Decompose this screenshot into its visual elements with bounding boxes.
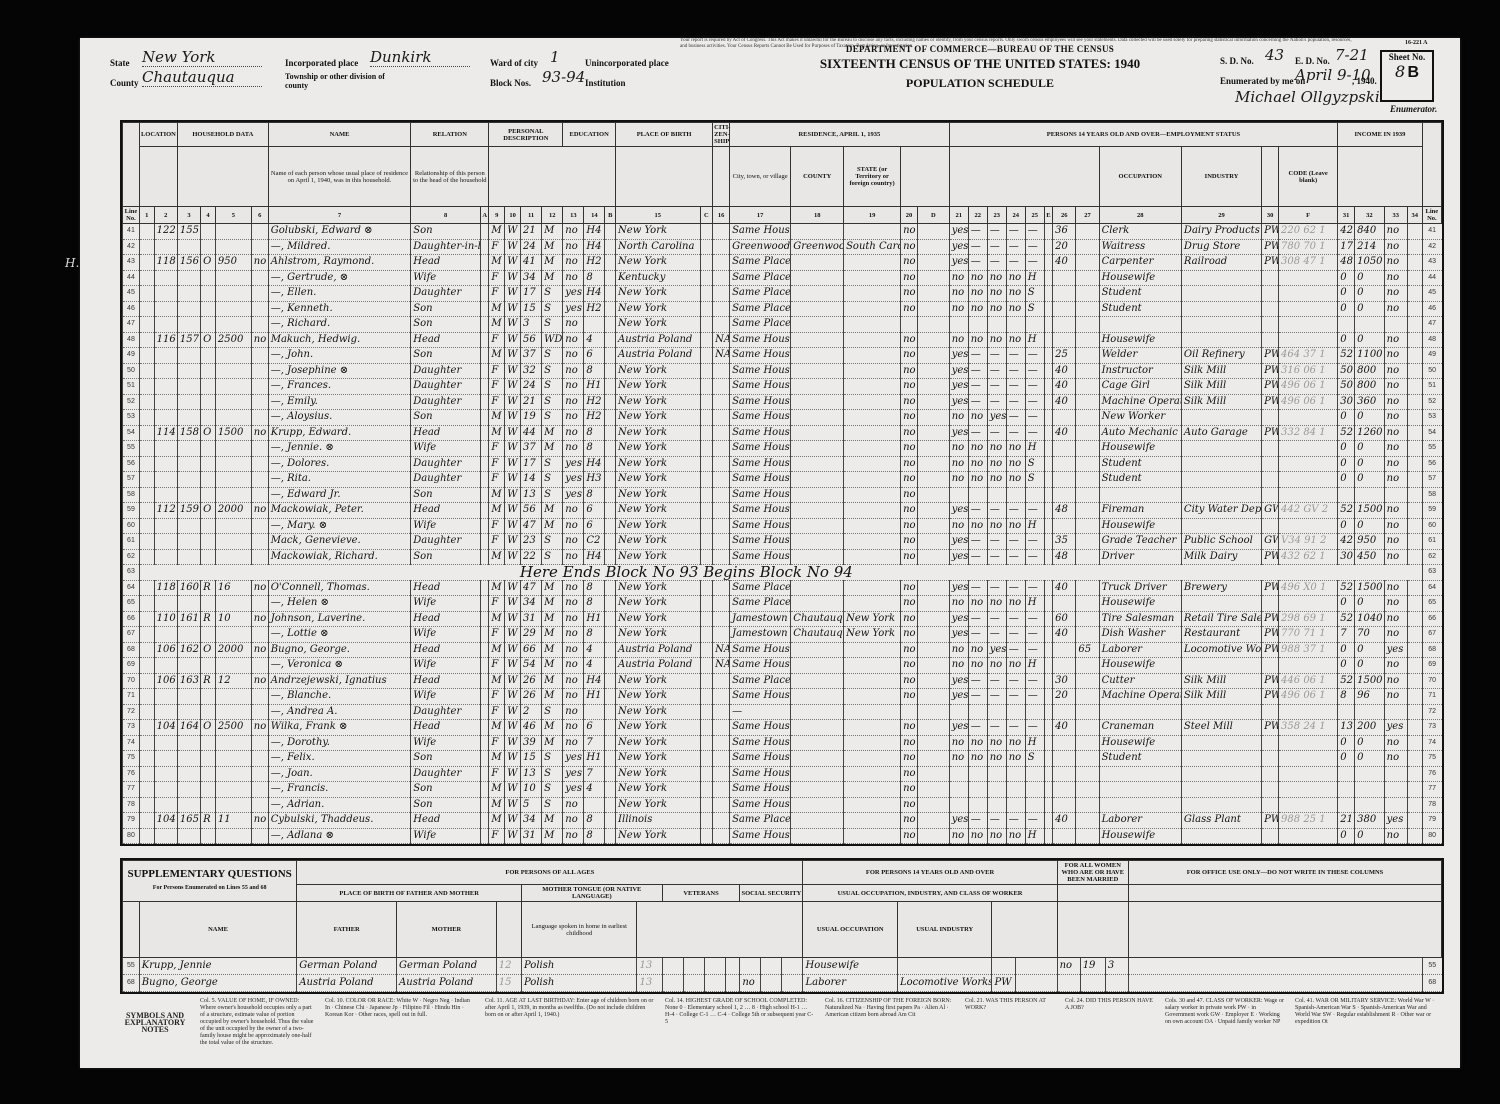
cell-farm35	[901, 704, 918, 720]
cell-value	[215, 394, 251, 410]
cell-house	[154, 394, 177, 410]
cell-farm	[251, 782, 268, 798]
cell-sex: M	[489, 255, 505, 271]
table-row: 72—, Andrea A.DaughterFW2SnoNew York—72	[123, 704, 1442, 720]
cell-w21: yes	[949, 534, 968, 550]
cell-w21	[949, 487, 968, 503]
cell-sch: no	[563, 673, 584, 689]
cell-birth: New York	[616, 410, 700, 426]
line-number: 51	[1422, 379, 1441, 395]
cell-name: —, Kenneth.	[268, 301, 411, 317]
cell-farm-sched	[1407, 332, 1422, 348]
cell-name: O'Connell, Thomas.	[268, 580, 411, 596]
cell-occ	[1099, 782, 1181, 798]
cell-code	[1279, 735, 1338, 751]
supp-cell-jcode	[1015, 958, 1057, 975]
cell-relcode	[480, 239, 488, 255]
cell-codeE	[1044, 472, 1052, 488]
cell-value	[215, 658, 251, 674]
cell-name: —, Rita.	[268, 472, 411, 488]
cell-age: 13	[521, 766, 542, 782]
line-number: 43	[123, 255, 140, 271]
cell-wages: 0	[1355, 518, 1385, 534]
line-number: 60	[123, 518, 140, 534]
cell-sch: no	[563, 348, 584, 364]
cell-farm: no	[251, 255, 268, 271]
cell-name: Johnson, Laverine.	[268, 611, 411, 627]
ed-value: 7-21	[1335, 46, 1369, 64]
cell-birthC	[700, 441, 713, 457]
line-number: 56	[123, 456, 140, 472]
cell-mar: M	[542, 596, 563, 612]
cell-unemp	[1076, 487, 1099, 503]
cell-birth: New York	[616, 751, 700, 767]
incorporated-label: Incorporated place	[285, 58, 358, 68]
cell-own	[201, 270, 216, 286]
cell-farm	[251, 828, 268, 844]
cell-w22: —	[968, 549, 987, 565]
cell-sch: no	[563, 627, 584, 643]
cell-codeE	[1044, 813, 1052, 829]
supp-cell-mother: Austria Poland	[397, 975, 497, 992]
cell-street	[139, 720, 154, 736]
cell-farm35: no	[901, 503, 918, 519]
cell-birth: Austria Poland	[616, 348, 700, 364]
cell-hh	[177, 441, 200, 457]
column-number: 32	[1355, 207, 1385, 224]
line-number: 79	[1422, 813, 1441, 829]
cell-code	[1279, 472, 1338, 488]
cell-code: 358 24 1	[1279, 720, 1338, 736]
cell-cls: PW	[1262, 379, 1279, 395]
cell-code	[1279, 704, 1338, 720]
cell-eduC	[605, 239, 616, 255]
cell-w24: —	[1006, 379, 1025, 395]
cell-name: —, Adlana ⊗	[268, 828, 411, 844]
supp-col-language: Language spoken in home in earliest chil…	[521, 902, 637, 958]
cell-res-county	[791, 518, 844, 534]
cell-value	[215, 456, 251, 472]
cell-hh	[177, 487, 200, 503]
cell-street	[139, 828, 154, 844]
cell-name: —, Aloysius.	[268, 410, 411, 426]
cell-name: —, Joan.	[268, 766, 411, 782]
cell-unemp	[1076, 224, 1099, 240]
code-header: CODE (Leave blank)	[1279, 147, 1338, 207]
cell-house: 104	[154, 813, 177, 829]
cell-age: 34	[521, 596, 542, 612]
cell-w21	[949, 766, 968, 782]
cell-res-city: Same Place	[730, 301, 791, 317]
line-number: 56	[1422, 456, 1441, 472]
cell-cls: PW	[1262, 642, 1279, 658]
cell-hrs	[1053, 286, 1076, 302]
cell-farm35: no	[901, 425, 918, 441]
column-number: E	[1044, 207, 1052, 224]
cell-w22: no	[968, 828, 987, 844]
line-number: 48	[123, 332, 140, 348]
cell-farm	[251, 317, 268, 333]
cell-w25	[1025, 704, 1044, 720]
cell-sch: no	[563, 704, 584, 720]
cell-res-state	[844, 394, 901, 410]
cell-value	[215, 301, 251, 317]
cell-rel: Son	[411, 224, 481, 240]
cell-farm: no	[251, 580, 268, 596]
cell-value	[215, 410, 251, 426]
cell-cls	[1262, 301, 1279, 317]
column-number: 6	[251, 207, 268, 224]
cell-street	[139, 363, 154, 379]
cell-hrs	[1053, 782, 1076, 798]
column-number: D	[917, 207, 949, 224]
line-number: 47	[123, 317, 140, 333]
column-number: 18	[791, 207, 844, 224]
cell-w25: H	[1025, 270, 1044, 286]
cell-age: 2	[521, 704, 542, 720]
supp-women: FOR ALL WOMEN WHO ARE OR HAVE BEEN MARRI…	[1057, 861, 1128, 885]
cell-w22: —	[968, 363, 987, 379]
cell-farm	[251, 456, 268, 472]
table-row: 60—, Mary. ⊗WifeFW47Mno6New YorkSame Hou…	[123, 518, 1442, 534]
cell-w23: no	[987, 270, 1006, 286]
cell-w21: no	[949, 751, 968, 767]
cell-codeE	[1044, 394, 1052, 410]
cell-codeE	[1044, 301, 1052, 317]
cell-w21: no	[949, 596, 968, 612]
cell-res-county	[791, 286, 844, 302]
cell-farm-sched	[1407, 735, 1422, 751]
cell-w23: yes	[987, 410, 1006, 426]
cell-grade: 8	[584, 270, 605, 286]
cell-res-state	[844, 487, 901, 503]
cell-other	[1384, 317, 1407, 333]
cell-eduC	[605, 224, 616, 240]
column-number: 22	[968, 207, 987, 224]
note-military: Col. 41. WAR OR MILITARY SERVICE: World …	[1295, 998, 1435, 1026]
supp-cell-ss44	[782, 975, 803, 992]
cell-w23: no	[987, 518, 1006, 534]
cell-ind: Locomotive Works	[1181, 642, 1261, 658]
line-number: 65	[123, 596, 140, 612]
cell-value: 16	[215, 580, 251, 596]
line-number: 68	[123, 975, 140, 992]
cell-w21: yes	[949, 348, 968, 364]
cell-weeks: 0	[1338, 828, 1355, 844]
column-number: 7	[268, 207, 411, 224]
cell-w21: no	[949, 286, 968, 302]
cell-mar: S	[542, 472, 563, 488]
cell-value	[215, 596, 251, 612]
cell-name: —, Francis.	[268, 782, 411, 798]
county-value: Chautauqua	[142, 68, 262, 87]
cell-farm: no	[251, 611, 268, 627]
cell-farm35: no	[901, 518, 918, 534]
cell-res-city: Same House	[730, 534, 791, 550]
cell-birth: Illinois	[616, 813, 700, 829]
cell-w21: no	[949, 828, 968, 844]
cell-race: W	[505, 751, 521, 767]
cell-cls	[1262, 751, 1279, 767]
cell-resD	[917, 456, 949, 472]
cell-codeE	[1044, 270, 1052, 286]
cell-sex: F	[489, 379, 505, 395]
cell-unemp	[1076, 317, 1099, 333]
cell-farm35: no	[901, 534, 918, 550]
cell-grade: 8	[584, 425, 605, 441]
schedule-title: POPULATION SCHEDULE	[770, 76, 1190, 91]
line-number: 52	[123, 394, 140, 410]
cell-resD	[917, 472, 949, 488]
cell-grade: H1	[584, 379, 605, 395]
cell-rel: Daughter	[411, 363, 481, 379]
cell-cit	[713, 751, 730, 767]
cell-sex: M	[489, 425, 505, 441]
table-row: 69—, Veronica ⊗WifeFW54Mno4Austria Polan…	[123, 658, 1442, 674]
cell-cit	[713, 425, 730, 441]
supplementary-row: 55Krupp, JennieGerman PolandGerman Polan…	[123, 958, 1442, 975]
cell-weeks	[1338, 704, 1355, 720]
cell-grade: H4	[584, 286, 605, 302]
cell-eduC	[605, 813, 616, 829]
cell-relcode	[480, 394, 488, 410]
cell-occ: Craneman	[1099, 720, 1181, 736]
cell-relcode	[480, 673, 488, 689]
cell-cls	[1262, 518, 1279, 534]
cell-hrs	[1053, 518, 1076, 534]
line-number: 67	[1422, 627, 1441, 643]
cell-mar: M	[542, 658, 563, 674]
supp-col-mother: MOTHER	[397, 902, 497, 958]
line-number: 54	[123, 425, 140, 441]
cell-value	[215, 472, 251, 488]
cell-farm35: no	[901, 813, 918, 829]
cell-street	[139, 286, 154, 302]
group-education: EDUCATION	[563, 123, 616, 147]
cell-cls	[1262, 782, 1279, 798]
cell-ind	[1181, 472, 1261, 488]
cell-wages: 1260	[1355, 425, 1385, 441]
cell-farm35: no	[901, 689, 918, 705]
cell-hh	[177, 410, 200, 426]
cell-cls: PW	[1262, 363, 1279, 379]
line-number: 63	[123, 565, 140, 581]
cell-farm-sched	[1407, 255, 1422, 271]
cell-value	[215, 735, 251, 751]
cell-weeks: 52	[1338, 425, 1355, 441]
cell-res-city: Same House	[730, 658, 791, 674]
cell-race: W	[505, 286, 521, 302]
cell-res-state: South Carolina	[844, 239, 901, 255]
cell-w23: —	[987, 224, 1006, 240]
line-number: 65	[1422, 596, 1441, 612]
cell-codeE	[1044, 766, 1052, 782]
cell-relcode	[480, 410, 488, 426]
cell-codeE	[1044, 720, 1052, 736]
column-number: 9	[489, 207, 505, 224]
cell-resD	[917, 828, 949, 844]
cell-res-county	[791, 410, 844, 426]
cell-name: —, Adrian.	[268, 797, 411, 813]
cell-farm	[251, 689, 268, 705]
cell-sex: M	[489, 580, 505, 596]
sd-label: S. D. No.	[1220, 56, 1254, 66]
cell-farm	[251, 751, 268, 767]
cell-own	[201, 487, 216, 503]
cell-w24: no	[1006, 735, 1025, 751]
line-number: 59	[1422, 503, 1441, 519]
cell-relcode	[480, 518, 488, 534]
cell-farm35: no	[901, 456, 918, 472]
line-number: 80	[123, 828, 140, 844]
supp-col-name: NAME	[139, 902, 297, 958]
cell-occ: Student	[1099, 286, 1181, 302]
cell-w24: —	[1006, 549, 1025, 565]
cell-sch: no	[563, 518, 584, 534]
cell-eduC	[605, 332, 616, 348]
cell-mar: S	[542, 797, 563, 813]
table-row: 62Mackowiak, Richard.SonMW22SnoH4New Yor…	[123, 549, 1442, 565]
line-number: 54	[1422, 425, 1441, 441]
cell-codeE	[1044, 673, 1052, 689]
supp-cell-children	[1105, 975, 1128, 992]
cell-hrs: 40	[1053, 627, 1076, 643]
cell-occ: Cage Girl	[1099, 379, 1181, 395]
cell-other: no	[1384, 627, 1407, 643]
cell-res-county	[791, 487, 844, 503]
table-row: 68106162O2000noBugno, George.HeadMW66Mno…	[123, 642, 1442, 658]
cell-weeks: 50	[1338, 363, 1355, 379]
cell-farm-sched	[1407, 472, 1422, 488]
cell-cls: PW	[1262, 394, 1279, 410]
cell-w24: no	[1006, 301, 1025, 317]
cell-w23: —	[987, 720, 1006, 736]
cell-cit	[713, 689, 730, 705]
cell-w25: S	[1025, 472, 1044, 488]
cell-code	[1279, 456, 1338, 472]
cell-age: 56	[521, 332, 542, 348]
cell-w25: —	[1025, 255, 1044, 271]
cell-w25: —	[1025, 549, 1044, 565]
cell-unemp	[1076, 596, 1099, 612]
cell-race: W	[505, 487, 521, 503]
cell-w25: H	[1025, 441, 1044, 457]
group-household: HOUSEHOLD DATA	[177, 123, 268, 147]
cell-age: 34	[521, 813, 542, 829]
cell-birth: New York	[616, 735, 700, 751]
cell-farm	[251, 534, 268, 550]
incorporated-value: Dunkirk	[370, 48, 470, 67]
table-row: 43118156O950noAhlstrom, Raymond.HeadMW41…	[123, 255, 1442, 271]
cell-ind	[1181, 735, 1261, 751]
cell-cls	[1262, 332, 1279, 348]
cell-hh	[177, 363, 200, 379]
cell-other: no	[1384, 410, 1407, 426]
cell-cls: PW	[1262, 239, 1279, 255]
cell-farm	[251, 487, 268, 503]
cell-codeE	[1044, 782, 1052, 798]
cell-birthC	[700, 534, 713, 550]
cell-birth: New York	[616, 828, 700, 844]
cell-other: no	[1384, 286, 1407, 302]
line-number: 72	[1422, 704, 1441, 720]
cell-street	[139, 797, 154, 813]
cell-cit	[713, 255, 730, 271]
cell-rel: Wife	[411, 828, 481, 844]
cell-unemp	[1076, 689, 1099, 705]
cell-house: 106	[154, 642, 177, 658]
cell-age: 56	[521, 503, 542, 519]
cell-grade	[584, 704, 605, 720]
cell-sex: F	[489, 828, 505, 844]
cell-birth: New York	[616, 704, 700, 720]
table-row: 59112159O2000noMackowiak, Peter.HeadMW56…	[123, 503, 1442, 519]
cell-relcode	[480, 704, 488, 720]
cell-hh	[177, 270, 200, 286]
cell-unemp	[1076, 673, 1099, 689]
cell-rel: Head	[411, 642, 481, 658]
state-value: New York	[142, 48, 262, 67]
cell-weeks: 17	[1338, 239, 1355, 255]
cell-weeks: 52	[1338, 348, 1355, 364]
cell-code: 464 37 1	[1279, 348, 1338, 364]
cell-weeks	[1338, 782, 1355, 798]
line-number: 69	[123, 658, 140, 674]
cell-street	[139, 689, 154, 705]
cell-relcode	[480, 441, 488, 457]
cell-occ: Student	[1099, 301, 1181, 317]
cell-code: 332 84 1	[1279, 425, 1338, 441]
cell-other: no	[1384, 658, 1407, 674]
cell-code: 496 06 1	[1279, 379, 1338, 395]
group-name: NAME	[268, 123, 411, 147]
cell-farm-sched	[1407, 503, 1422, 519]
cell-w25: —	[1025, 611, 1044, 627]
cell-codeE	[1044, 627, 1052, 643]
line-number: 57	[123, 472, 140, 488]
cell-age: 26	[521, 689, 542, 705]
cell-name: —, Mary. ⊗	[268, 518, 411, 534]
block-label: Block Nos.	[490, 78, 531, 88]
cell-own	[201, 751, 216, 767]
cell-sex: M	[489, 751, 505, 767]
cell-farm-sched	[1407, 813, 1422, 829]
cell-value	[215, 518, 251, 534]
cell-w25	[1025, 766, 1044, 782]
cell-own: O	[201, 255, 216, 271]
cell-sex: M	[489, 410, 505, 426]
cell-w22: —	[968, 627, 987, 643]
cell-wages: 0	[1355, 472, 1385, 488]
cell-weeks: 0	[1338, 642, 1355, 658]
cell-res-county	[791, 348, 844, 364]
cell-relcode	[480, 828, 488, 844]
table-row: 55—, Jennie. ⊗WifeFW37Mno8New YorkSame H…	[123, 441, 1442, 457]
cell-house	[154, 348, 177, 364]
cell-street	[139, 425, 154, 441]
enumerator-name: Michael Ollgyzpski	[1235, 88, 1380, 106]
cell-grade: 6	[584, 518, 605, 534]
cell-wages	[1355, 766, 1385, 782]
cell-birthC	[700, 410, 713, 426]
cell-occ: Housewife	[1099, 658, 1181, 674]
cell-age: 14	[521, 472, 542, 488]
cell-cit	[713, 379, 730, 395]
line-number: 55	[123, 441, 140, 457]
line-number: 61	[123, 534, 140, 550]
cell-relcode	[480, 317, 488, 333]
cell-w22: no	[968, 596, 987, 612]
